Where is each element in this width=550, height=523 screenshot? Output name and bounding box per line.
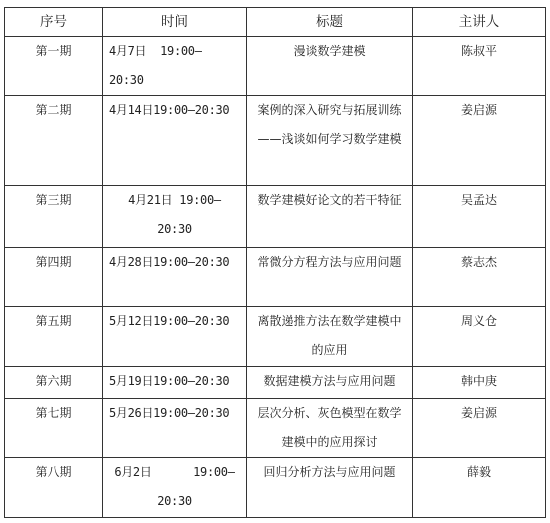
time-line-1: 4月21日 19:00— bbox=[109, 186, 240, 215]
table-row: 第七期 5月26日19:00—20:30 层次分析、灰色模型在数学建模中的应用探… bbox=[5, 399, 546, 458]
session-number: 第八期 bbox=[5, 458, 103, 518]
session-number: 第一期 bbox=[5, 37, 103, 96]
session-time: 5月19日19:00—20:30 bbox=[103, 367, 247, 399]
time-line-1: 6月2日 19:00— bbox=[109, 458, 240, 487]
session-title: 常微分方程方法与应用问题 bbox=[247, 248, 413, 307]
header-row: 序号 时间 标题 主讲人 bbox=[5, 8, 546, 37]
session-number: 第五期 bbox=[5, 307, 103, 367]
session-title: 案例的深入研究与拓展训练——浅谈如何学习数学建模 bbox=[247, 96, 413, 186]
time-line-2: 20:30 bbox=[109, 487, 240, 516]
time-line-1: 5月12日19:00—20:30 bbox=[109, 307, 240, 336]
session-time: 4月7日 19:00—20:30 bbox=[103, 37, 247, 96]
time-line-1: 5月19日19:00—20:30 bbox=[109, 367, 240, 396]
header-title: 标题 bbox=[247, 8, 413, 37]
session-speaker: 姜启源 bbox=[413, 96, 546, 186]
session-time: 4月14日19:00—20:30 bbox=[103, 96, 247, 186]
header-number: 序号 bbox=[5, 8, 103, 37]
session-time: 5月26日19:00—20:30 bbox=[103, 399, 247, 458]
session-time: 4月28日19:00—20:30 bbox=[103, 248, 247, 307]
session-speaker: 薛毅 bbox=[413, 458, 546, 518]
table-row: 第五期 5月12日19:00—20:30 离散递推方法在数学建模中的应用 周义仓 bbox=[5, 307, 546, 367]
session-title: 离散递推方法在数学建模中的应用 bbox=[247, 307, 413, 367]
time-line-2: 20:30 bbox=[109, 66, 240, 95]
session-number: 第六期 bbox=[5, 367, 103, 399]
header-time: 时间 bbox=[103, 8, 247, 37]
lecture-schedule-table: 序号 时间 标题 主讲人 第一期 4月7日 19:00—20:30 漫谈数学建模… bbox=[4, 7, 546, 518]
table-row: 第八期 6月2日 19:00—20:30 回归分析方法与应用问题 薛毅 bbox=[5, 458, 546, 518]
table-row: 第三期 4月21日 19:00—20:30 数学建模好论文的若干特征 吴孟达 bbox=[5, 186, 546, 248]
session-speaker: 周义仓 bbox=[413, 307, 546, 367]
time-line-2: 20:30 bbox=[109, 215, 240, 244]
session-title: 数据建模方法与应用问题 bbox=[247, 367, 413, 399]
session-title: 回归分析方法与应用问题 bbox=[247, 458, 413, 518]
session-time: 6月2日 19:00—20:30 bbox=[103, 458, 247, 518]
session-speaker: 韩中庚 bbox=[413, 367, 546, 399]
time-line-1: 4月14日19:00—20:30 bbox=[109, 96, 240, 125]
session-title: 数学建模好论文的若干特征 bbox=[247, 186, 413, 248]
table-row: 第一期 4月7日 19:00—20:30 漫谈数学建模 陈叔平 bbox=[5, 37, 546, 96]
session-speaker: 姜启源 bbox=[413, 399, 546, 458]
session-time: 4月21日 19:00—20:30 bbox=[103, 186, 247, 248]
session-time: 5月12日19:00—20:30 bbox=[103, 307, 247, 367]
session-title: 层次分析、灰色模型在数学建模中的应用探讨 bbox=[247, 399, 413, 458]
session-number: 第三期 bbox=[5, 186, 103, 248]
table-row: 第四期 4月28日19:00—20:30 常微分方程方法与应用问题 蔡志杰 bbox=[5, 248, 546, 307]
time-line-1: 4月28日19:00—20:30 bbox=[109, 248, 240, 277]
session-number: 第二期 bbox=[5, 96, 103, 186]
header-speaker: 主讲人 bbox=[413, 8, 546, 37]
session-number: 第四期 bbox=[5, 248, 103, 307]
time-line-1: 5月26日19:00—20:30 bbox=[109, 399, 240, 428]
session-title: 漫谈数学建模 bbox=[247, 37, 413, 96]
time-line-1: 4月7日 19:00— bbox=[109, 37, 240, 66]
table-row: 第二期 4月14日19:00—20:30 案例的深入研究与拓展训练——浅谈如何学… bbox=[5, 96, 546, 186]
session-speaker: 蔡志杰 bbox=[413, 248, 546, 307]
session-number: 第七期 bbox=[5, 399, 103, 458]
session-speaker: 陈叔平 bbox=[413, 37, 546, 96]
session-speaker: 吴孟达 bbox=[413, 186, 546, 248]
table-row: 第六期 5月19日19:00—20:30 数据建模方法与应用问题 韩中庚 bbox=[5, 367, 546, 399]
